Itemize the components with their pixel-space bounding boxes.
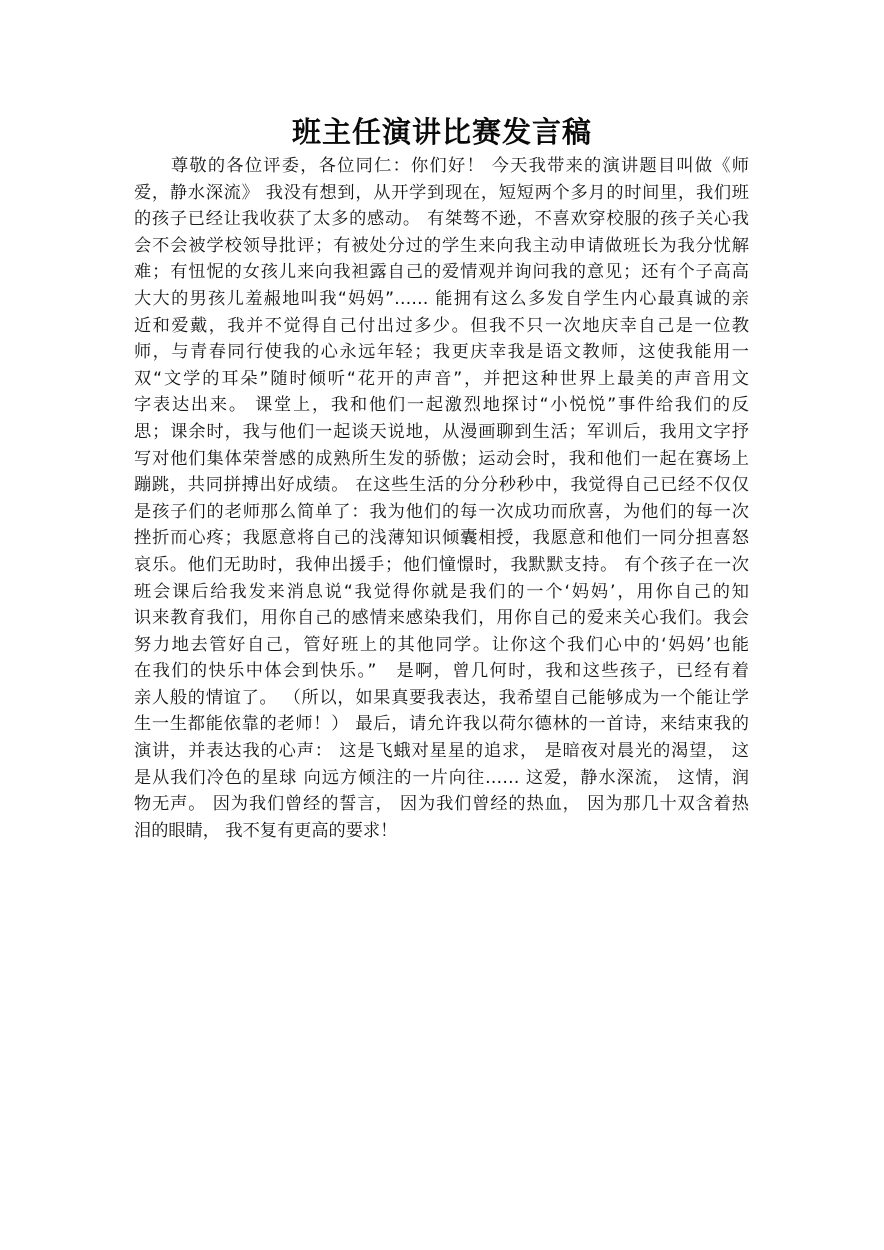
body-line: 识来教育我们，用你自己的感情来感染我们，用你自己的爱来关心我们。我会 (134, 605, 749, 632)
body-line: 大大的男孩儿羞赧地叫我“妈妈”…… 能拥有这么多发自学生内心最真诚的亲 (134, 286, 749, 313)
body-line: 亲人般的情谊了。 （所以，如果真要我表达，我希望自己能够成为一个能让学 (134, 685, 749, 712)
body-line: 难；有忸怩的女孩儿来向我袒露自己的爱情观并询问我的意见；还有个子高高 (134, 259, 749, 286)
document-title: 班主任演讲比赛发言稿 (0, 112, 884, 152)
body-line: 尊敬的各位评委，各位同仁：你们好！ 今天我带来的演讲题目叫做《师 (134, 153, 749, 180)
body-line: 会不会被学校领导批评；有被处分过的学生来向我主动申请做班长为我分忧解 (134, 233, 749, 260)
body-line: 写对他们集体荣誉感的成熟所生发的骄傲；运动会时，我和他们一起在赛场上 (134, 446, 749, 473)
body-line: 生一生都能依靠的老师！） 最后，请允许我以荷尔德林的一首诗，来结束我的 (134, 711, 749, 738)
body-line: 物无声。 因为我们曾经的誓言， 因为我们曾经的热血， 因为那几十双含着热 (134, 791, 749, 818)
body-line: 哀乐。他们无助时，我伸出援手；他们憧憬时，我默默支持。 有个孩子在一次 (134, 552, 749, 579)
body-line: 字表达出来。 课堂上，我和他们一起激烈地探讨“小悦悦”事件给我们的反 (134, 392, 749, 419)
body-line: 近和爱戴，我并不觉得自己付出过多少。但我不只一次地庆幸自己是一位教 (134, 313, 749, 340)
body-line: 蹦跳，共同拼搏出好成绩。 在这些生活的分分秒秒中，我觉得自己已经不仅仅 (134, 472, 749, 499)
body-line: 努力地去管好自己，管好班上的其他同学。让你这个我们心中的‘妈妈’也能 (134, 632, 749, 659)
body-line: 演讲，并表达我的心声： 这是飞蛾对星星的追求， 是暗夜对晨光的渴望， 这 (134, 738, 749, 765)
document-page: 班主任演讲比赛发言稿 尊敬的各位评委，各位同仁：你们好！ 今天我带来的演讲题目叫… (0, 0, 884, 1250)
speech-body: 尊敬的各位评委，各位同仁：你们好！ 今天我带来的演讲题目叫做《师 爱，静水深流》… (134, 153, 749, 844)
body-line: 是孩子们的老师那么简单了：我为他们的每一次成功而欣喜，为他们的每一次 (134, 499, 749, 526)
body-line-last: 泪的眼睛， 我不复有更高的要求！ (134, 818, 749, 845)
body-line: 思；课余时，我与他们一起谈天说地，从漫画聊到生活；军训后，我用文字抒 (134, 419, 749, 446)
body-line: 是从我们冷色的星球 向远方倾注的一片向往…… 这爱，静水深流， 这情，润 (134, 765, 749, 792)
body-line: 在我们的快乐中体会到快乐。” 是啊，曾几何时，我和这些孩子，已经有着 (134, 658, 749, 685)
body-line: 师，与青春同行使我的心永远年轻；我更庆幸我是语文教师，这使我能用一 (134, 339, 749, 366)
body-line: 挫折而心疼；我愿意将自己的浅薄知识倾囊相授，我愿意和他们一同分担喜怒 (134, 525, 749, 552)
body-line: 爱，静水深流》 我没有想到，从开学到现在，短短两个多月的时间里，我们班 (134, 180, 749, 207)
body-line: 班会课后给我发来消息说“我觉得你就是我们的一个‘妈妈’，用你自己的知 (134, 579, 749, 606)
body-line: 双“文学的耳朵”随时倾听“花开的声音”，并把这种世界上最美的声音用文 (134, 366, 749, 393)
body-line: 的孩子已经让我收获了太多的感动。 有桀骜不逊，不喜欢穿校服的孩子关心我 (134, 206, 749, 233)
